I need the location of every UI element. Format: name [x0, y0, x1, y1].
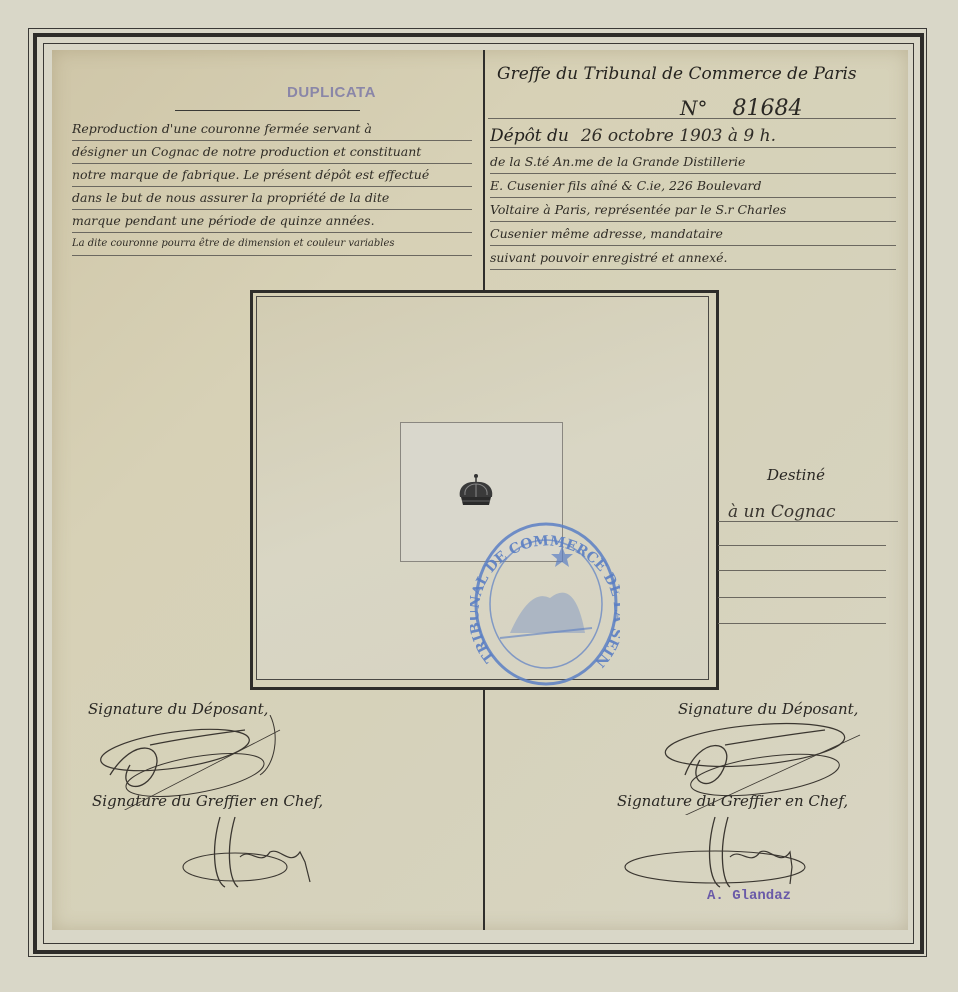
title-rule	[175, 110, 360, 111]
destination-rule	[718, 597, 886, 598]
registry-line: de la S.té An.me de la Grande Distilleri…	[490, 149, 896, 174]
right-clerk-signature	[620, 812, 810, 892]
description-line: désigner un Cognac de notre production e…	[72, 141, 472, 164]
seal-text: TRIBUNAL DE COMMERCE DE LA SEINE	[470, 508, 620, 670]
destination-rule	[718, 623, 886, 624]
duplicata-stamp: DUPLICATA	[287, 84, 376, 101]
crown-icon	[456, 473, 496, 509]
registry-line: suivant pouvoir enregistré et annexé.	[490, 245, 896, 270]
left-clerk-signature-label: Signature du Greffier en Chef,	[92, 792, 323, 810]
destination-rule	[718, 521, 898, 522]
registry-line: Voltaire à Paris, représentée par le S.r…	[490, 197, 896, 222]
destination-value: à un Cognac	[728, 502, 836, 522]
description-line: La dite couronne pourra être de dimensio…	[72, 233, 472, 256]
number-label: N°	[680, 96, 708, 120]
description-line: marque pendant une période de quinze ann…	[72, 210, 472, 233]
tribunal-seal-stamp: TRIBUNAL DE COMMERCE DE LA SEINE	[470, 508, 620, 688]
destination-label: Destiné	[767, 466, 825, 484]
registry-line: Cusenier même adresse, mandataire	[490, 221, 896, 246]
depot-line: Dépôt du 26 octobre 1903 à 9 h.	[490, 123, 896, 148]
registry-header: Greffe du Tribunal de Commerce de Paris	[497, 64, 857, 84]
destination-rule	[718, 570, 886, 571]
registry-line: E. Cusenier fils aîné & C.ie, 226 Boulev…	[490, 173, 896, 198]
destination-rule	[718, 545, 886, 546]
column-divider-top	[483, 50, 485, 290]
right-clerk-signature-label: Signature du Greffier en Chef,	[617, 792, 848, 810]
depot-label: Dépôt du	[490, 126, 569, 146]
description-line: notre marque de fabrique. Le présent dép…	[72, 164, 472, 187]
description-line: Reproduction d'une couronne fermée serva…	[72, 118, 472, 141]
left-clerk-signature	[180, 812, 320, 892]
svg-text:TRIBUNAL DE COMMERCE DE LA SEI: TRIBUNAL DE COMMERCE DE LA SEINE	[470, 508, 620, 670]
description-line: dans le but de nous assurer la propriété…	[72, 187, 472, 210]
column-divider-bottom	[483, 688, 485, 930]
number-rule	[488, 118, 896, 119]
depot-date: 26 octobre 1903 à 9 h.	[581, 126, 776, 146]
clerk-name-stamp: A. Glandaz	[707, 888, 791, 904]
